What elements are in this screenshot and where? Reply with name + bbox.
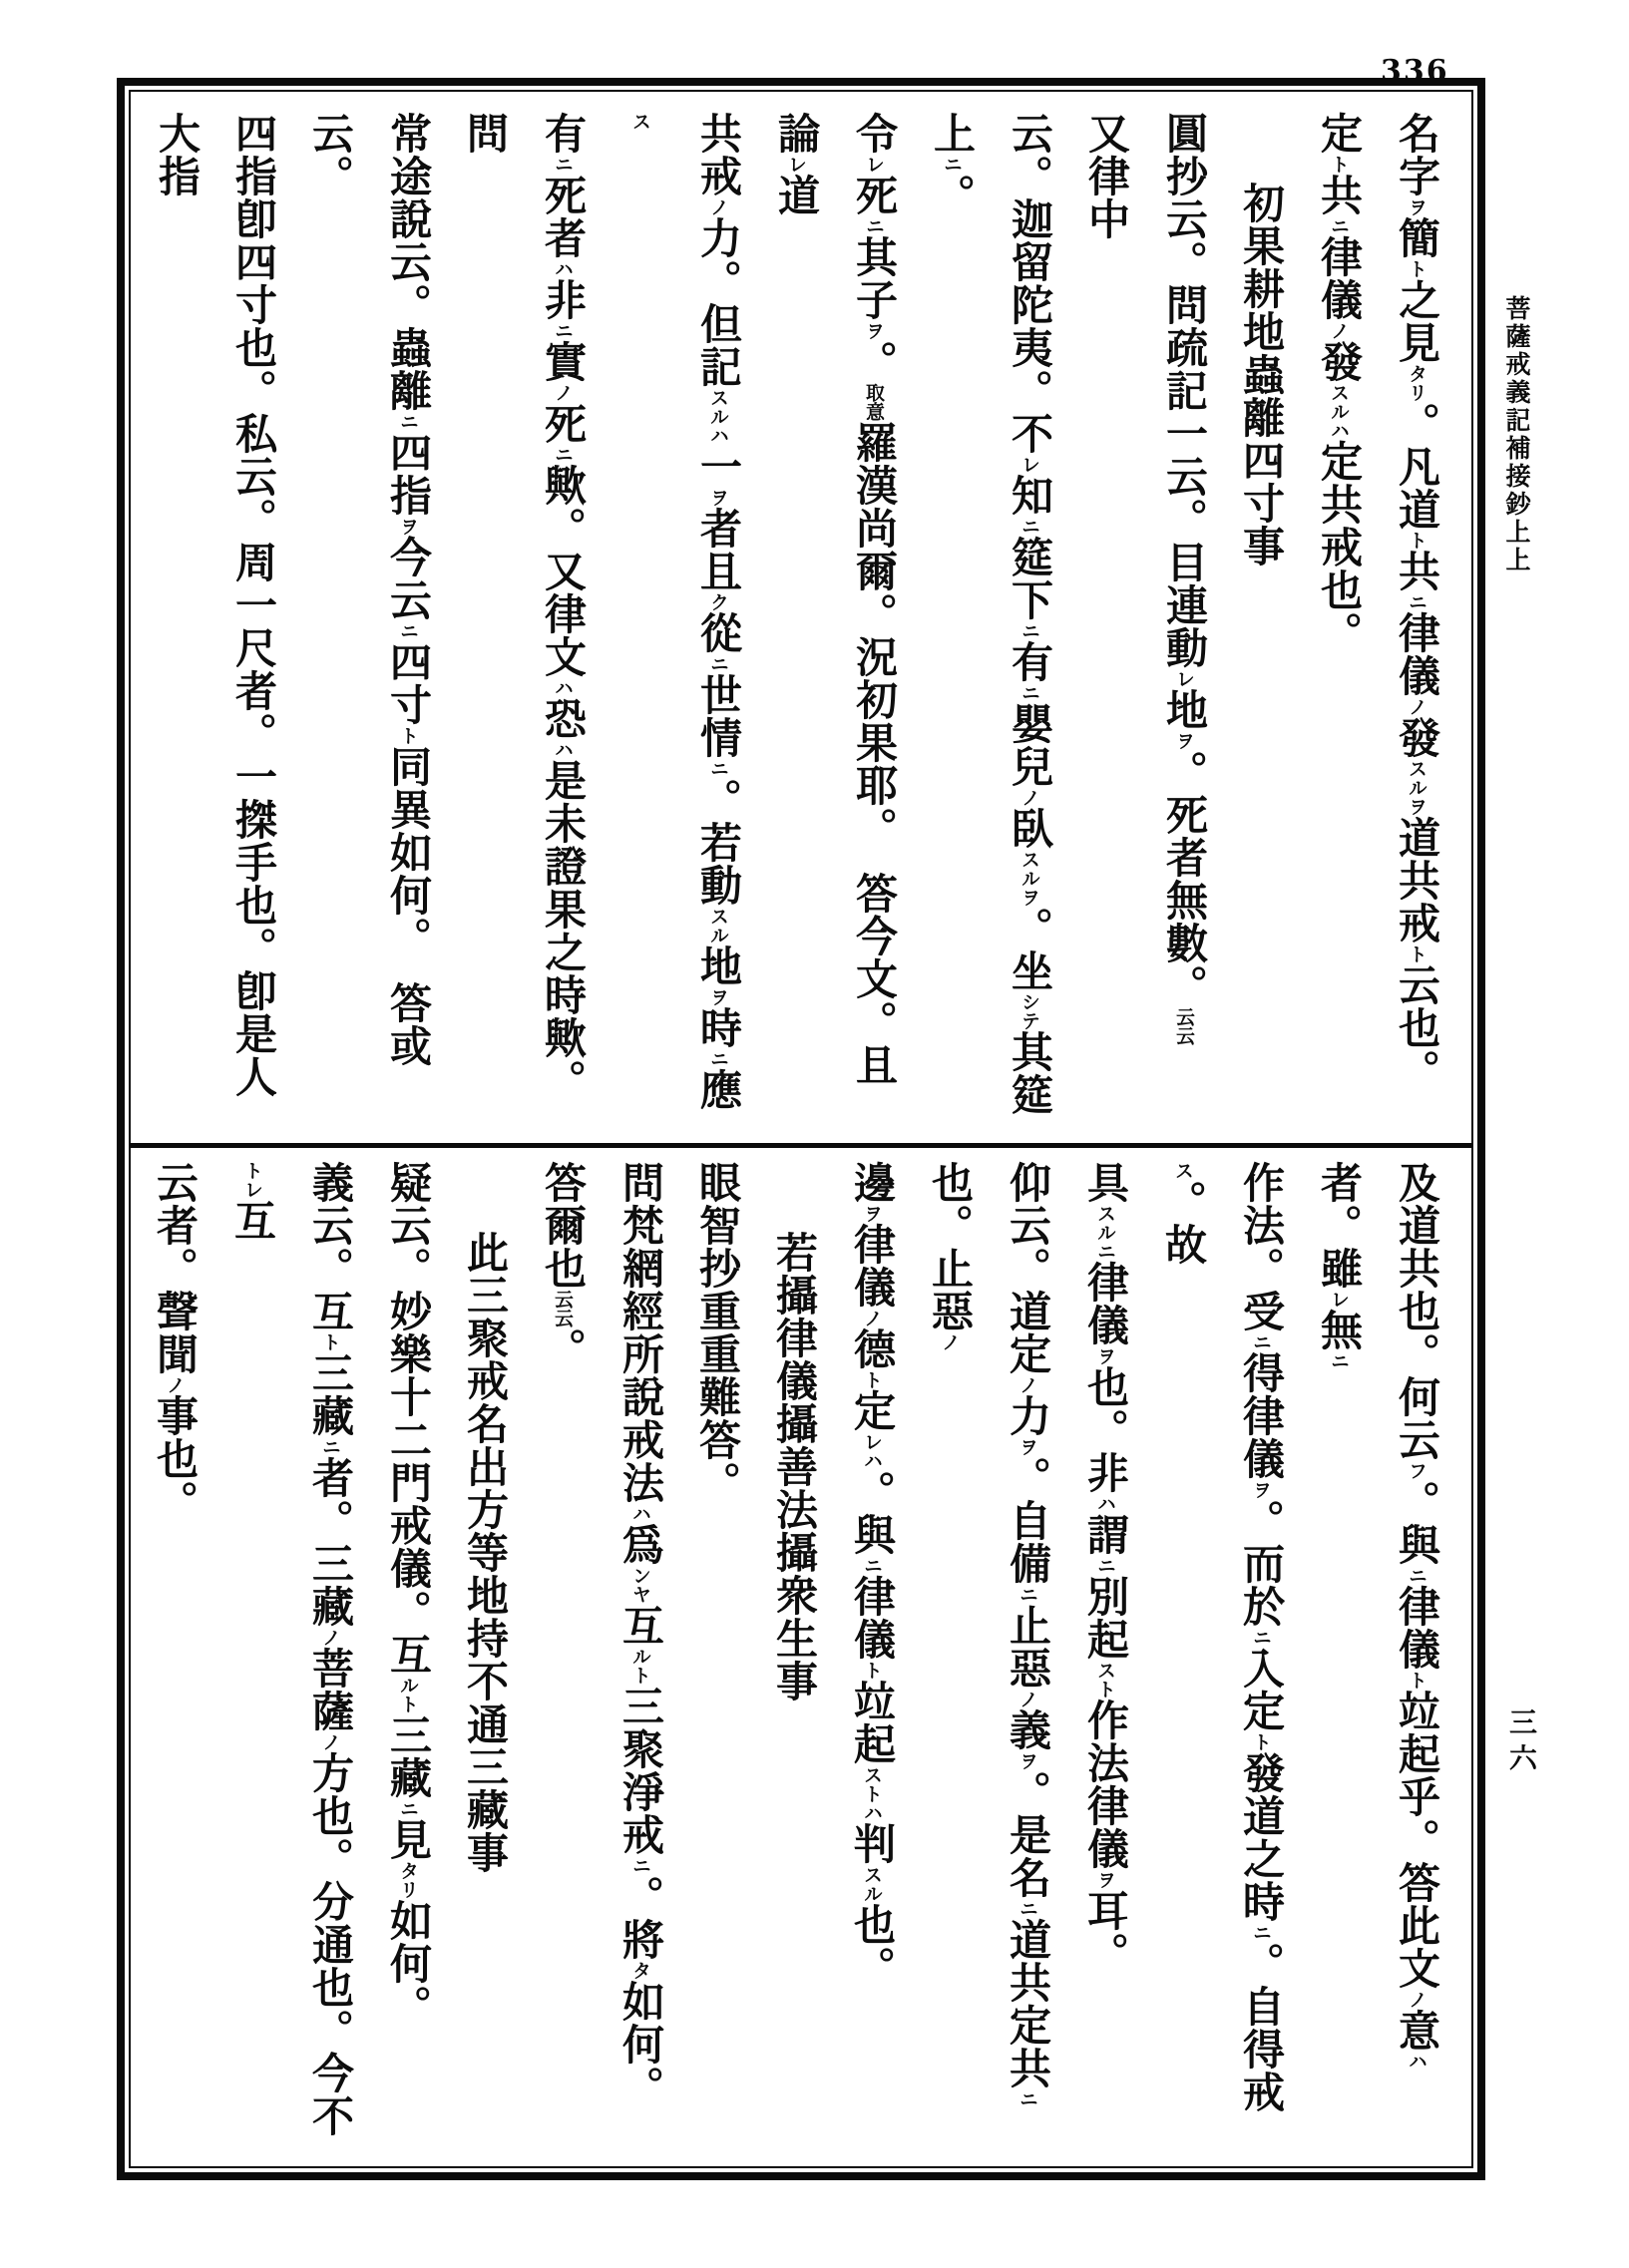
text-run: 發 bbox=[1315, 340, 1364, 383]
kunten-annotation: ニ bbox=[397, 1799, 419, 1818]
kunten-annotation: 云云 bbox=[1173, 1007, 1195, 1045]
text-run: 其子 bbox=[850, 235, 899, 321]
text-run: 邊 bbox=[848, 1161, 897, 1204]
kunten-annotation: ト bbox=[397, 726, 419, 745]
text-run: 作法律儀 bbox=[1081, 1699, 1130, 1870]
text-column: 眼智抄重重難答。 bbox=[679, 1161, 756, 2143]
text-run: 眼智抄重重難答。 bbox=[693, 1161, 742, 1504]
text-run: 律儀 bbox=[848, 1575, 897, 1661]
text-run: 。若動 bbox=[694, 778, 743, 907]
text-run: 謂 bbox=[1081, 1513, 1130, 1556]
kunten-annotation: ルト bbox=[397, 1676, 419, 1713]
text-column: 具スルニ律儀ヲ也。非ハ謂ニ別起スト作法律儀ヲ耳。 bbox=[1066, 1161, 1144, 2143]
kunten-annotation: レ bbox=[1173, 669, 1195, 688]
kunten-annotation: スル bbox=[861, 1865, 883, 1903]
text-run: 知 bbox=[1006, 474, 1054, 517]
kunten-annotation: シテ bbox=[1018, 992, 1040, 1030]
text-run: 義 bbox=[1004, 1708, 1052, 1751]
text-run: 一 bbox=[694, 445, 743, 488]
text-run: 地 bbox=[694, 945, 743, 987]
spine-title: 菩薩戒義記補接鈔上上 bbox=[1498, 295, 1534, 574]
kunten-annotation: ハ bbox=[629, 1504, 651, 1523]
text-run: 云者。聲聞 bbox=[151, 1161, 200, 1375]
kunten-annotation: スルハ bbox=[1328, 383, 1350, 440]
text-run: 世情 bbox=[694, 673, 743, 759]
kunten-annotation: ノ bbox=[861, 1309, 883, 1327]
text-run: 死 bbox=[539, 402, 588, 445]
upper-register: 名字ヲ簡ト之見タリ。凡道ト共ニ律儀ノ發スルヲ道共戒ト云也。定ト共ニ律儀ノ發スルハ… bbox=[145, 112, 1455, 1125]
kunten-annotation: ニ bbox=[552, 155, 574, 174]
kunten-annotation: ヲ bbox=[1094, 1346, 1116, 1365]
kunten-annotation: ノ bbox=[1406, 697, 1427, 716]
heading-column: 此三聚戒名出方等地持不通三藏事 bbox=[447, 1161, 524, 2143]
text-run: 如何。 bbox=[616, 1980, 665, 2108]
kunten-annotation: ス bbox=[629, 112, 651, 131]
kunten-annotation: ニ bbox=[1017, 2089, 1038, 2108]
kunten-annotation: ノ bbox=[164, 1375, 186, 1394]
text-run: 。將 bbox=[616, 1875, 665, 1961]
text-run: 恐 bbox=[539, 697, 588, 740]
text-run: 具 bbox=[1081, 1161, 1130, 1204]
text-run: 互 bbox=[616, 1604, 665, 1647]
text-run: 及道共也。何云 bbox=[1393, 1161, 1441, 1461]
text-column: 名字ヲ簡ト之見タリ。凡道ト共ニ律儀ノ發スルヲ道共戒ト云也。 bbox=[1378, 112, 1455, 1125]
kunten-annotation: スルハ bbox=[707, 388, 729, 445]
kunten-annotation: ノ bbox=[552, 383, 574, 402]
text-run: 別起 bbox=[1081, 1575, 1130, 1661]
text-run: 止惡 bbox=[1004, 1604, 1052, 1690]
text-run: 道共戒 bbox=[1393, 816, 1441, 945]
folio-marker: 三六 bbox=[1501, 1707, 1541, 1779]
text-run: 共 bbox=[1315, 174, 1364, 216]
text-run: 。是名 bbox=[1004, 1770, 1052, 1899]
kunten-annotation: スル bbox=[707, 907, 729, 945]
text-run: 定 bbox=[848, 1389, 897, 1432]
text-run: 。 bbox=[539, 1327, 588, 1370]
kunten-annotation: ニ bbox=[1406, 1566, 1427, 1585]
text-run: 發道之時 bbox=[1237, 1751, 1286, 1923]
kunten-annotation: タリ bbox=[1406, 364, 1427, 402]
kunten-annotation: ヲ bbox=[1250, 1480, 1272, 1499]
text-frame-border: 名字ヲ簡ト之見タリ。凡道ト共ニ律儀ノ發スルヲ道共戒ト云也。定ト共ニ律儀ノ發スルハ… bbox=[117, 78, 1485, 2180]
text-run: 云。迦留陀夷。不 bbox=[1006, 112, 1054, 455]
kunten-annotation: ストハ bbox=[861, 1765, 883, 1822]
kunten-annotation: ト bbox=[1406, 945, 1427, 963]
text-run: 之見 bbox=[1393, 278, 1441, 364]
text-run: 。與 bbox=[1393, 1480, 1441, 1566]
kunten-annotation: スト bbox=[1094, 1661, 1116, 1699]
kunten-annotation: ト bbox=[1250, 1732, 1272, 1751]
text-run: 有 bbox=[539, 112, 588, 155]
kunten-annotation: ヲ bbox=[861, 1204, 883, 1223]
text-run: 方也。分通也。今不 bbox=[306, 1751, 355, 2137]
kunten-annotation: ヲ bbox=[1173, 731, 1195, 750]
heading-column: 初果耕地蟲離四寸事 bbox=[1223, 112, 1300, 1125]
text-run: 也。非 bbox=[1081, 1365, 1130, 1494]
kunten-annotation: ニ bbox=[861, 1556, 883, 1575]
text-run: 此三聚戒名出方等地持不通三藏事 bbox=[461, 1231, 510, 1874]
kunten-annotation: ヲ bbox=[1017, 1751, 1038, 1770]
kunten-annotation: ノ bbox=[707, 197, 729, 216]
scanned-book-page: 336 菩薩戒義記補接鈔上上 三六 名字ヲ簡ト之見タリ。凡道ト共ニ律儀ノ發スルヲ… bbox=[0, 0, 1629, 2268]
kunten-annotation: ト bbox=[1328, 155, 1350, 174]
kunten-annotation: ニ bbox=[397, 621, 419, 640]
text-column: 及道共也。何云フ。與ニ律儀ト竝起乎。答此文ノ意ハ者。雖レ無ニ bbox=[1300, 1161, 1455, 2143]
text-run: 非 bbox=[539, 278, 588, 321]
text-run: 三藏 bbox=[384, 1713, 433, 1799]
text-run: 者且 bbox=[694, 507, 743, 592]
kunten-annotation: レハ bbox=[861, 1432, 883, 1470]
kunten-annotation: ハ bbox=[552, 259, 574, 278]
text-run: 竝起乎。答此文 bbox=[1393, 1690, 1441, 1990]
kunten-annotation: ト bbox=[861, 1661, 883, 1680]
text-run: 如何。 bbox=[384, 1899, 433, 2028]
kunten-annotation: スルヲ bbox=[1018, 850, 1040, 907]
kunten-annotation: ニ bbox=[1250, 1628, 1272, 1647]
text-run: 地 bbox=[1160, 688, 1209, 731]
text-run: 道 bbox=[772, 174, 821, 216]
kunten-annotation: 云云 bbox=[552, 1290, 574, 1327]
text-column: 令レ死ニ其子ヲ。取意羅漢尚爾。況初果耶。 答今文。且論レ道 bbox=[757, 112, 913, 1125]
text-run: 無 bbox=[1315, 1309, 1364, 1351]
kunten-annotation: ノ bbox=[1017, 1375, 1038, 1394]
kunten-annotation: ンヤ bbox=[629, 1566, 651, 1604]
kunten-annotation: ニ bbox=[319, 1437, 341, 1456]
text-run: 發 bbox=[1393, 716, 1441, 759]
kunten-annotation: ニ bbox=[1018, 683, 1040, 702]
text-run: 。坐 bbox=[1006, 907, 1054, 992]
text-run: 律儀 bbox=[848, 1223, 897, 1309]
text-column: 作法。受ニ得律儀ヲ。而於ニ入定ト發道之時ニ。自得戒ス。故 bbox=[1144, 1161, 1300, 2143]
kunten-annotation: ニ bbox=[1017, 1585, 1038, 1604]
kunten-annotation: ト bbox=[319, 1332, 341, 1351]
text-run: 耳。 bbox=[1081, 1889, 1130, 1975]
text-column: 疑云。妙樂十二門戒儀。互ルト三藏ニ見タリ如何。 bbox=[369, 1161, 447, 2143]
kunten-annotation: ヲ bbox=[1017, 1437, 1038, 1456]
text-column: 邊ヲ律儀ノ德ト定レハ。與ニ律儀ト竝起ストハ判スル也。 bbox=[833, 1161, 911, 2143]
kunten-annotation: ハ bbox=[1094, 1494, 1116, 1513]
text-run: 共戒 bbox=[694, 112, 743, 197]
text-run: 今云 bbox=[384, 536, 433, 621]
text-run: 力。但記 bbox=[694, 216, 743, 388]
text-run: 。自備 bbox=[1004, 1456, 1052, 1585]
text-column: 四指卽四寸也。私云。周一尺者。一搩手也。卽是人大指 bbox=[145, 112, 292, 1125]
text-run: 。死者無數。 bbox=[1160, 750, 1209, 1007]
text-run: 定 bbox=[1315, 112, 1364, 155]
kunten-annotation: ニ bbox=[1017, 1899, 1038, 1918]
text-run: 答爾也 bbox=[539, 1161, 588, 1290]
text-run: 。 bbox=[850, 340, 899, 383]
kunten-annotation: ト bbox=[1406, 1671, 1427, 1690]
text-frame-inner-border: 名字ヲ簡ト之見タリ。凡道ト共ニ律儀ノ發スルヲ道共戒ト云也。定ト共ニ律儀ノ發スルハ… bbox=[129, 90, 1473, 2168]
text-run: 筵下 bbox=[1006, 536, 1054, 621]
text-run: 共 bbox=[1393, 550, 1441, 592]
kunten-annotation: ニ bbox=[1018, 517, 1040, 536]
kunten-annotation: ク bbox=[707, 592, 729, 611]
kunten-annotation: ニ bbox=[629, 1856, 651, 1875]
kunten-annotation: スルニ bbox=[1094, 1204, 1116, 1261]
text-run: 律儀 bbox=[1393, 611, 1441, 697]
kunten-annotation: ノ bbox=[1018, 788, 1040, 807]
text-column: 云。迦留陀夷。不レ知ニ筵下ニ有ニ嬰兒ノ臥スルヲ。坐シテ其筵上ニ。 bbox=[913, 112, 1068, 1125]
text-run: 。凡道 bbox=[1393, 402, 1441, 531]
kunten-annotation: ルト bbox=[629, 1647, 651, 1685]
kunten-annotation: ノ bbox=[319, 1732, 341, 1751]
text-run: 四指卽四寸也。私云。周一尺者。一搩手也。卽是人大指 bbox=[153, 112, 278, 1098]
kunten-annotation: ヲ bbox=[397, 517, 419, 536]
kunten-annotation: スルヲ bbox=[1406, 759, 1427, 816]
kunten-annotation: ニ bbox=[1250, 1923, 1272, 1942]
kunten-annotation: ニ bbox=[552, 445, 574, 464]
kunten-annotation: ヲ bbox=[1406, 197, 1427, 216]
text-run: 入定 bbox=[1237, 1647, 1286, 1732]
text-column: 圓抄云。問疏記一云。目連動レ地ヲ。死者無數。云云 又律中 bbox=[1068, 112, 1223, 1125]
text-run: 竝起 bbox=[848, 1680, 897, 1765]
text-run: 得律儀 bbox=[1237, 1351, 1286, 1480]
text-run: 問梵網經所說戒法 bbox=[616, 1161, 665, 1504]
text-run: 仰云。道定 bbox=[1004, 1161, 1052, 1375]
text-run: 若攝律儀攝善法攝衆生事 bbox=[770, 1231, 819, 1702]
text-column: 定ト共ニ律儀ノ發スルハ定共戒也。 bbox=[1300, 112, 1378, 1125]
kunten-annotation: ニ bbox=[707, 654, 729, 673]
kunten-annotation: ニ bbox=[397, 412, 419, 431]
text-run: 律儀 bbox=[1315, 235, 1364, 321]
text-run: 菩薩 bbox=[306, 1647, 355, 1732]
text-run: 死 bbox=[850, 174, 899, 216]
kunten-annotation: トレ bbox=[241, 1161, 263, 1199]
kunten-annotation: ニ bbox=[1406, 592, 1427, 611]
heading-column: 若攝律儀攝善法攝衆生事 bbox=[756, 1161, 833, 2143]
text-column: 云者。聲聞ノ事也。 bbox=[145, 1161, 213, 2143]
kunten-annotation: 取意 bbox=[863, 383, 885, 421]
text-run: 歟。又律文 bbox=[539, 464, 588, 678]
kunten-annotation: ヲ bbox=[863, 321, 885, 340]
register-divider-rule bbox=[131, 1143, 1471, 1148]
kunten-annotation: レ bbox=[863, 155, 885, 174]
kunten-annotation: ノ bbox=[1328, 321, 1350, 340]
kunten-annotation: ス bbox=[1172, 1161, 1194, 1180]
text-column: 仰云。道定ノ力ヲ。自備ニ止惡ノ義ヲ。是名ニ道共定共ニ也。止惡ノ bbox=[911, 1161, 1066, 2143]
text-column: 問梵網經所說戒法ハ爲ンヤ互ルト三聚淨戒ニ。將タ如何。 bbox=[602, 1161, 679, 2143]
kunten-annotation: ヲ bbox=[1094, 1870, 1116, 1889]
kunten-annotation: ニ bbox=[707, 759, 729, 778]
text-run: 者。雖 bbox=[1315, 1161, 1364, 1290]
text-run: 道共定共 bbox=[1004, 1918, 1052, 2089]
text-run: 有 bbox=[1006, 640, 1054, 683]
kunten-annotation: ニ bbox=[1328, 216, 1350, 235]
kunten-annotation: レ bbox=[1018, 455, 1040, 474]
kunten-annotation: ト bbox=[1406, 531, 1427, 550]
text-run: 意 bbox=[1393, 2009, 1441, 2052]
text-run: 實 bbox=[539, 340, 588, 383]
kunten-annotation: ニ bbox=[941, 155, 963, 174]
text-column: 常途說云。蟲離ニ四指ヲ今云ニ四寸ト同異如何。 答或云。 bbox=[292, 112, 447, 1125]
text-run: 。 bbox=[928, 174, 977, 216]
text-run: 名字 bbox=[1393, 112, 1441, 197]
text-column: 共戒ノ力。但記スルハ一ヲ者且ク從ニ世情ニ。若動スル地ヲ時ニ應ス bbox=[602, 112, 757, 1125]
kunten-annotation: ヲ bbox=[707, 987, 729, 1006]
text-run: 疑云。妙樂十二門戒儀。互 bbox=[384, 1161, 433, 1676]
text-run: 三藏 bbox=[306, 1351, 355, 1437]
kunten-annotation: ヲ bbox=[707, 488, 729, 507]
text-run: 臥 bbox=[1006, 807, 1054, 850]
text-run: 爲 bbox=[616, 1523, 665, 1566]
text-column: 答爾也云云。 bbox=[524, 1161, 602, 2143]
text-column: 義云。互ト三藏ニ者。三藏ノ菩薩ノ方也。分通也。今不トレ互 bbox=[213, 1161, 369, 2143]
text-run: 判 bbox=[848, 1822, 897, 1865]
text-run: 四寸 bbox=[384, 640, 433, 726]
kunten-annotation: ノ bbox=[939, 1332, 961, 1351]
text-run: 令 bbox=[850, 112, 899, 155]
text-run: 也。止惡 bbox=[926, 1161, 975, 1332]
text-run: 力 bbox=[1004, 1394, 1052, 1437]
text-run: 德 bbox=[848, 1327, 897, 1370]
text-run: 律儀 bbox=[1081, 1261, 1130, 1346]
text-run: 應 bbox=[694, 1068, 743, 1111]
kunten-annotation: タリ bbox=[397, 1861, 419, 1899]
kunten-annotation: ノ bbox=[1017, 1690, 1038, 1708]
text-run: 初果耕地蟲離四寸事 bbox=[1237, 182, 1286, 567]
text-run: 從 bbox=[694, 611, 743, 654]
text-run: 。而於 bbox=[1237, 1499, 1286, 1628]
kunten-annotation: ハ bbox=[1406, 2052, 1427, 2071]
text-run: 時 bbox=[694, 1006, 743, 1049]
lower-register: 及道共也。何云フ。與ニ律儀ト竝起乎。答此文ノ意ハ者。雖レ無ニ作法。受ニ得律儀ヲ。… bbox=[145, 1161, 1455, 2143]
text-run: 四指 bbox=[384, 431, 433, 517]
text-run: 定共戒也。 bbox=[1315, 440, 1364, 654]
text-run: 嬰兒 bbox=[1006, 702, 1054, 788]
text-run: 者。三藏 bbox=[306, 1456, 355, 1628]
text-run: 圓抄云。問疏記一云。目連動 bbox=[1160, 112, 1209, 669]
text-run: 律儀 bbox=[1393, 1585, 1441, 1671]
kunten-annotation: レ bbox=[1328, 1290, 1350, 1309]
text-run: 也。 bbox=[848, 1903, 897, 1989]
kunten-annotation: ニ bbox=[1018, 621, 1040, 640]
text-run: 簡 bbox=[1393, 216, 1441, 259]
text-run: 事也。 bbox=[151, 1394, 200, 1523]
text-run: 。自得戒 bbox=[1237, 1942, 1286, 2113]
kunten-annotation: ノ bbox=[1406, 1990, 1427, 2009]
kunten-annotation: ト bbox=[1406, 259, 1427, 278]
text-run: 。故 bbox=[1159, 1180, 1208, 1266]
kunten-annotation: ニ bbox=[707, 1049, 729, 1068]
text-run: 三聚淨戒 bbox=[616, 1685, 665, 1856]
text-run: 義云。互 bbox=[306, 1161, 355, 1332]
kunten-annotation: ニ bbox=[1094, 1556, 1116, 1575]
kunten-annotation: ノ bbox=[319, 1628, 341, 1647]
kunten-annotation: タ bbox=[629, 1961, 651, 1980]
kunten-annotation: ト bbox=[861, 1370, 883, 1389]
text-run: 死者 bbox=[539, 174, 588, 259]
text-run: 互 bbox=[228, 1199, 277, 1242]
kunten-annotation: ハ bbox=[552, 740, 574, 759]
text-run: 云也。 bbox=[1393, 963, 1441, 1092]
kunten-annotation: ニ bbox=[863, 216, 885, 235]
text-column: 有ニ死者ハ非ニ實ノ死ニ歟。又律文ハ恐ハ是未證果之時歟。問 bbox=[447, 112, 602, 1125]
kunten-annotation: ニ bbox=[1328, 1351, 1350, 1370]
text-run: 。與 bbox=[848, 1470, 897, 1556]
text-run: 作法。受 bbox=[1237, 1161, 1286, 1332]
kunten-annotation: レ bbox=[785, 155, 807, 174]
kunten-annotation: ニ bbox=[552, 321, 574, 340]
kunten-annotation: ハ bbox=[552, 678, 574, 697]
text-run: 見 bbox=[384, 1818, 433, 1861]
text-run: 常途說云。蟲離 bbox=[384, 112, 433, 412]
kunten-annotation: ニ bbox=[1250, 1332, 1272, 1351]
kunten-annotation: フ bbox=[1406, 1461, 1427, 1480]
